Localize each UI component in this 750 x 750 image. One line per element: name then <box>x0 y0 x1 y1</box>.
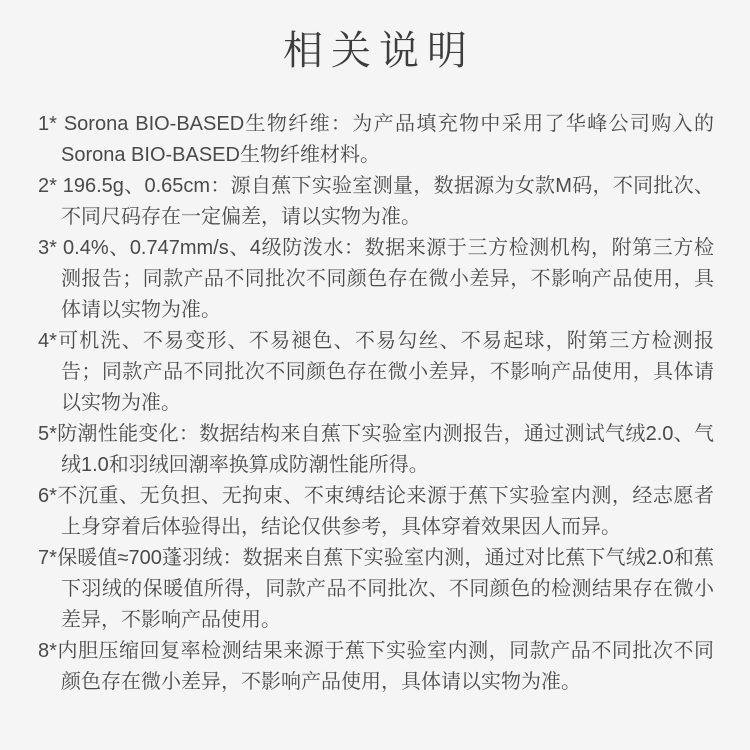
notes-list: 1* Sorona BIO-BASED生物纤维：为产品填充物中采用了华峰公司购入… <box>38 109 714 698</box>
note-item-7: 7*保暖值≈700蓬羽绒：数据来自蕉下实验室内测，通过对比蕉下气绒2.0和蕉下羽… <box>38 543 714 636</box>
note-item-6: 6*不沉重、无负担、无拘束、不束缚结论来源于蕉下实验室内测，经志愿者上身穿着后体… <box>38 481 714 543</box>
note-item-4: 4*可机洗、不易变形、不易褪色、不易勾丝、不易起球，附第三方检测报告；同款产品不… <box>38 326 714 419</box>
note-item-3: 3* 0.4%、0.747mm/s、4级防泼水：数据来源于三方检测机构，附第三方… <box>38 233 714 326</box>
product-notes-page: 相关说明 1* Sorona BIO-BASED生物纤维：为产品填充物中采用了华… <box>0 0 750 750</box>
note-item-2: 2* 196.5g、0.65cm：源自蕉下实验室测量，数据源为女款M码，不同批次… <box>38 171 714 233</box>
page-title: 相关说明 <box>0 0 750 76</box>
note-item-5: 5*防潮性能变化：数据结构来自蕉下实验室内测报告，通过测试气绒2.0、气绒1.0… <box>38 419 714 481</box>
note-item-1: 1* Sorona BIO-BASED生物纤维：为产品填充物中采用了华峰公司购入… <box>38 109 714 171</box>
note-item-8: 8*内胆压缩回复率检测结果来源于蕉下实验室内测，同款产品不同批次不同颜色存在微小… <box>38 636 714 698</box>
